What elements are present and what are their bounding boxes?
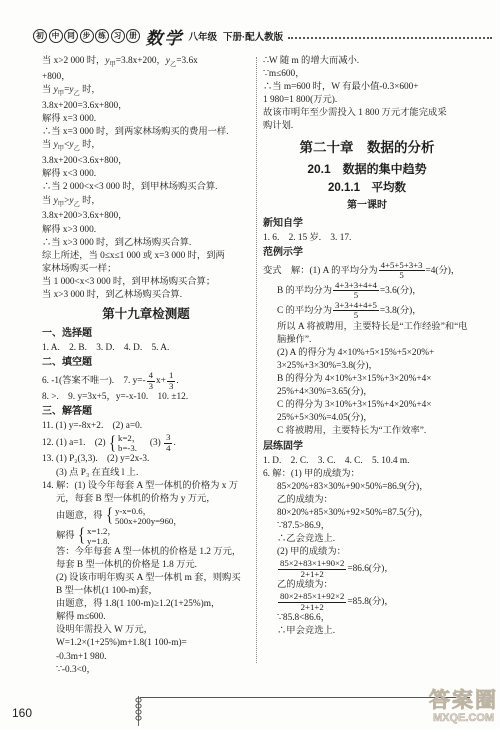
text-line: 购计划. <box>263 120 471 133</box>
text-line: ∴乙会竞选上. <box>263 533 471 546</box>
text-line: 14. 解：(1) 设今年每套 A 型一体机的价格为 x 万 <box>42 480 250 493</box>
text-line: ∴当 x>3 000 时，到乙林场购买合算. <box>42 237 250 250</box>
text-line: 3×25%+3×30%=3.8(分)， <box>263 360 471 373</box>
text-line: 6. 解：(1) 甲的成绩为： <box>263 468 471 481</box>
text-line: 答：今年每套 A 型一体机的价格是 1.2 万元， <box>42 546 250 559</box>
binding-marks-icon <box>134 696 143 726</box>
text-line: 综上所述，当 0≤x≤1 000 或 x=3 000 时，到两 <box>42 250 250 263</box>
text-line: 3.8x+200>3.6x+800， <box>42 210 250 223</box>
text-line: 11. (1) y=-8x+2. (2) a=0. <box>42 420 250 433</box>
text-line: (2) 设该市明年购买 A 型一体机 m 套，则购买 <box>42 572 250 585</box>
watermark-logo-text: 答案圈 <box>429 690 498 711</box>
text-line: 由题意，得 1.8(1 100-m)≥1.2(1+25%)m， <box>42 598 250 611</box>
section-20-1-heading: 20.1 数据的集中趋势 <box>263 160 471 178</box>
chapter19-test-heading: 第十九章检测题 <box>42 305 250 324</box>
series-logo-char: 初 <box>33 29 47 43</box>
fraction: 4+5+5+3+35 <box>379 261 425 281</box>
text-line: 85×20%+83×30%+90×50%=86.9(分)， <box>263 481 471 494</box>
text-line: (3) 点 P₃ 在直线 l 上. <box>42 467 250 480</box>
text-line: 每套 B 型一体机的价格是 1.8 万元. <box>42 559 250 572</box>
series-logo-char: 步 <box>80 29 94 43</box>
text-line: C 的平均分为3+3+4+4+55=3.8(分)， <box>263 301 471 321</box>
subject-title: 数学 <box>146 24 184 49</box>
footer-rule <box>140 697 470 698</box>
text-line: ∴当 m=600 时，W 有最小值-0.3×600+ <box>263 81 471 94</box>
text-line: ∴W 随 m 的增大而减小. <box>263 55 471 68</box>
cases-brace: {k=2，b=-3. <box>108 433 141 453</box>
text-line: B 的平均分为4+3+3+4+45=3.6(分)， <box>263 281 471 301</box>
text-line: ∴当 2 000<x<3 000 时，到甲林场购买合算. <box>42 181 250 194</box>
text-line: 3.8x+200<3.6x+800， <box>42 155 250 168</box>
lesson-1-heading: 第一课时 <box>263 198 471 214</box>
text-line: 3.8x+200=3.6x+800， <box>42 100 250 113</box>
text-line: ∵87.5>86.9， <box>263 520 471 533</box>
text-line: 由题意，得 {y-x=0.6，500x+200y=960， <box>42 506 250 526</box>
text-line: 25%+4×30%=3.65(分)， <box>263 386 471 399</box>
text-line: 乙的成绩为： <box>263 494 471 507</box>
right-column: ∴W 随 m 的增大而减小.∵m≤600，∴当 m=600 时，W 有最小值-0… <box>263 55 471 677</box>
cases-brace: {y-x=0.6，500x+200y=960， <box>105 506 182 526</box>
text-line: 25%+5×30%=4.05(分)， <box>263 412 471 425</box>
grade-label: 八年级 <box>189 29 218 43</box>
text-line: ∵m≤600， <box>263 68 471 81</box>
text-line: C 将被聘用，主要特长为“工作效率”. <box>263 425 471 438</box>
text-line: B 型一体机(1 100-m)套， <box>42 585 250 598</box>
text-line: 1 980=1 800(万元). <box>263 94 471 107</box>
text-line: 变式 解：(1) A 的平均分为4+5+5+3+35=4(分)， <box>263 261 471 281</box>
left-column: 当 x>2 000 时，y甲=3.8x+200，y乙=3.6x+800，当 y甲… <box>42 55 250 677</box>
series-logo: 初中同步练习册 <box>33 29 142 43</box>
column-divider <box>256 57 257 663</box>
series-logo-char: 册 <box>126 29 140 43</box>
section-label: 二、填空题 <box>42 355 250 371</box>
text-line: 1. 6. 2. 15 岁. 3. 17. <box>263 232 471 245</box>
text-line: -0.3m+1 980. <box>42 651 250 664</box>
fraction: 13 <box>167 371 175 391</box>
text-line: 13. (1) P₂(3,3). (2) y=2x-3. <box>42 453 250 466</box>
watermark: 答案圈 MXQE.COM <box>429 690 498 724</box>
text-line: 脑操作”. <box>263 334 471 347</box>
page-number: 160 <box>12 706 32 720</box>
text-line: 8. >. 9. y=3x+5，y=-x-10. 10. ±12. <box>42 391 250 404</box>
text-line: 当 y甲>y乙 时， <box>42 195 250 211</box>
fraction: 4+3+3+4+45 <box>333 281 379 301</box>
book-page: 初中同步练习册 数学 八年级 下册·配人教版 当 x>2 000 时，y甲=3.… <box>0 0 500 729</box>
volume-label: 下册·配人教版 <box>223 29 283 43</box>
text-line: 当 y甲=y乙 时， <box>42 84 250 100</box>
text-line: (2) A 的得分为 4×10%+5×15%+5×20%+ <box>263 347 471 360</box>
text-line: 解得 x>3 000. <box>42 224 250 237</box>
text-line: ∵-0.3<0， <box>42 664 250 677</box>
section-label: 新知自学 <box>263 216 471 232</box>
section-label: 层练固学 <box>263 439 471 455</box>
text-line: 当 x>3 000 时，到乙林场购买合算. <box>42 289 250 302</box>
text-line: 家林场购买一样； <box>42 263 250 276</box>
text-line: 解得 x<3 000. <box>42 168 250 181</box>
fraction: 3+3+4+4+55 <box>333 301 379 321</box>
text-line: 元，每套 B 型一体机的价格为 y 万元， <box>42 493 250 506</box>
series-logo-char: 同 <box>64 29 78 43</box>
text-line: 当 x>2 000 时，y甲=3.8x+200，y乙=3.6x <box>42 55 250 71</box>
text-line: W=1.2×(1+25%)m+1.8(1 100-m)= <box>42 637 250 650</box>
watermark-site-text: MXQE.COM <box>429 713 498 724</box>
text-line: C 的得分为 3×10%+3×15%+4×20%+4× <box>263 399 471 412</box>
text-line: 1. D. 2. C. 3. C. 4. C. 5. 10.4 m. <box>263 455 471 468</box>
text-line: ∴甲会竞选上. <box>263 625 471 638</box>
fraction: 85×2+83×1+90×22+1+2 <box>278 559 346 579</box>
text-line: 80×2+85×1+92×22+1+2=85.8(分)， <box>263 592 471 612</box>
text-line: 故该市明年至少需投入 1 800 万元才能完成采 <box>263 107 471 120</box>
text-line: ∵85.8<86.6， <box>263 612 471 625</box>
text-line: 6. -1(答案不唯一). 7. y=-43x+13. <box>42 371 250 391</box>
fraction: 80×2+85×1+92×22+1+2 <box>278 592 346 612</box>
text-line: +800， <box>42 71 250 84</box>
text-line: 12. (1) a=1. (2) {k=2，b=-3. (3) 34. <box>42 433 250 453</box>
text-line: 解得 m≤600. <box>42 611 250 624</box>
section-label: 一、选择题 <box>42 326 250 342</box>
text-line: ∴当 x=3 000 时，到两家林场购买的费用一样. <box>42 126 250 139</box>
series-logo-char: 中 <box>49 29 63 43</box>
text-line: 当 1 000<x<3 000 时，到甲林场购买合算； <box>42 276 250 289</box>
section-label: 范例示学 <box>263 245 471 261</box>
text-line: 解得 x=3 000. <box>42 113 250 126</box>
fraction: 34 <box>164 433 172 453</box>
chapter20-heading: 第二十章 数据的分析 <box>263 138 471 158</box>
text-line: 当 y甲<y乙 时， <box>42 139 250 155</box>
text-line: B 的得分为 4×10%+3×15%+3×20%+4× <box>263 373 471 386</box>
fraction: 43 <box>147 371 155 391</box>
text-line: 设明年需投入 W 万元， <box>42 624 250 637</box>
text-line: 解得 {x=1.2，y=1.8. <box>42 526 250 546</box>
section-20-1-1-heading: 20.1.1 平均数 <box>263 179 471 197</box>
series-logo-char: 练 <box>95 29 109 43</box>
page-header: 初中同步练习册 数学 八年级 下册·配人教版 <box>33 27 492 45</box>
text-line: 1. A. 2. B. 3. D. 4. D. 5. A. <box>42 342 250 355</box>
text-line: 所以 A 将被聘用，主要特长是“工作经验”和“电 <box>263 321 471 334</box>
text-line: 80×20%+85×30%+92×50%=87.5(分)， <box>263 507 471 520</box>
answers-content: 当 x>2 000 时，y甲=3.8x+200，y乙=3.6x+800，当 y甲… <box>42 55 472 677</box>
dotted-leader <box>288 36 492 39</box>
text-line: 85×2+83×1+90×22+1+2=86.6(分)， <box>263 559 471 579</box>
cases-brace: {x=1.2，y=1.8. <box>77 526 116 546</box>
section-label: 三、解答题 <box>42 404 250 420</box>
series-logo-char: 习 <box>111 29 125 43</box>
